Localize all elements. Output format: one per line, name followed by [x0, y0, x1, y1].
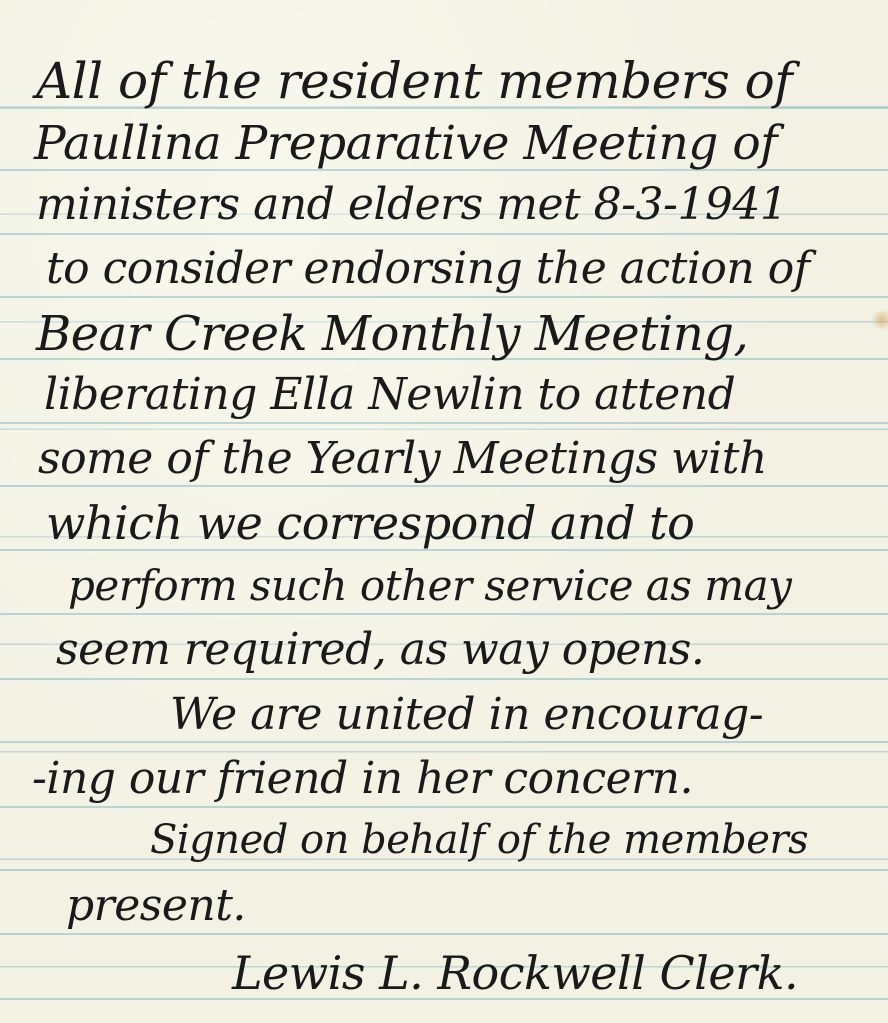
ruled-line — [0, 422, 888, 424]
text-line-6: liberating Ella Newlin to attend — [44, 373, 735, 417]
text-line-7: some of the Yearly Meetings with — [38, 437, 767, 481]
ruled-line — [0, 233, 888, 235]
text-line-1: All of the resident members of — [36, 56, 792, 106]
ruled-line — [0, 869, 888, 871]
ruled-line — [0, 933, 888, 935]
text-line-13: Signed on behalf of the members — [150, 820, 808, 860]
text-line-2: Paullina Preparative Meeting of — [34, 120, 777, 167]
ruled-line — [0, 485, 888, 487]
text-line-5: Bear Creek Monthly Meeting, — [36, 310, 748, 358]
text-line-14: present. — [66, 884, 246, 928]
ruled-line — [0, 806, 888, 808]
signature-line: Lewis L. Rockwell Clerk. — [232, 950, 798, 996]
text-line-3: ministers and elders met 8-3-1941 — [36, 183, 787, 227]
handwritten-ledger-page: All of the resident members of Paullina … — [0, 0, 888, 1023]
paper-stain — [872, 308, 888, 332]
text-line-8: which we correspond and to — [46, 500, 694, 546]
text-line-9: perform such other service as may — [68, 565, 791, 607]
text-line-11: We are united in encourag- — [170, 693, 763, 737]
ruled-line — [0, 741, 888, 743]
ruled-line — [0, 613, 888, 615]
text-line-4: to consider endorsing the action of — [46, 247, 809, 291]
text-line-10: seem required, as way opens. — [56, 628, 704, 672]
ruled-line — [0, 296, 888, 298]
text-line-12: -ing our friend in her concern. — [32, 757, 693, 801]
ruled-line — [0, 678, 888, 680]
